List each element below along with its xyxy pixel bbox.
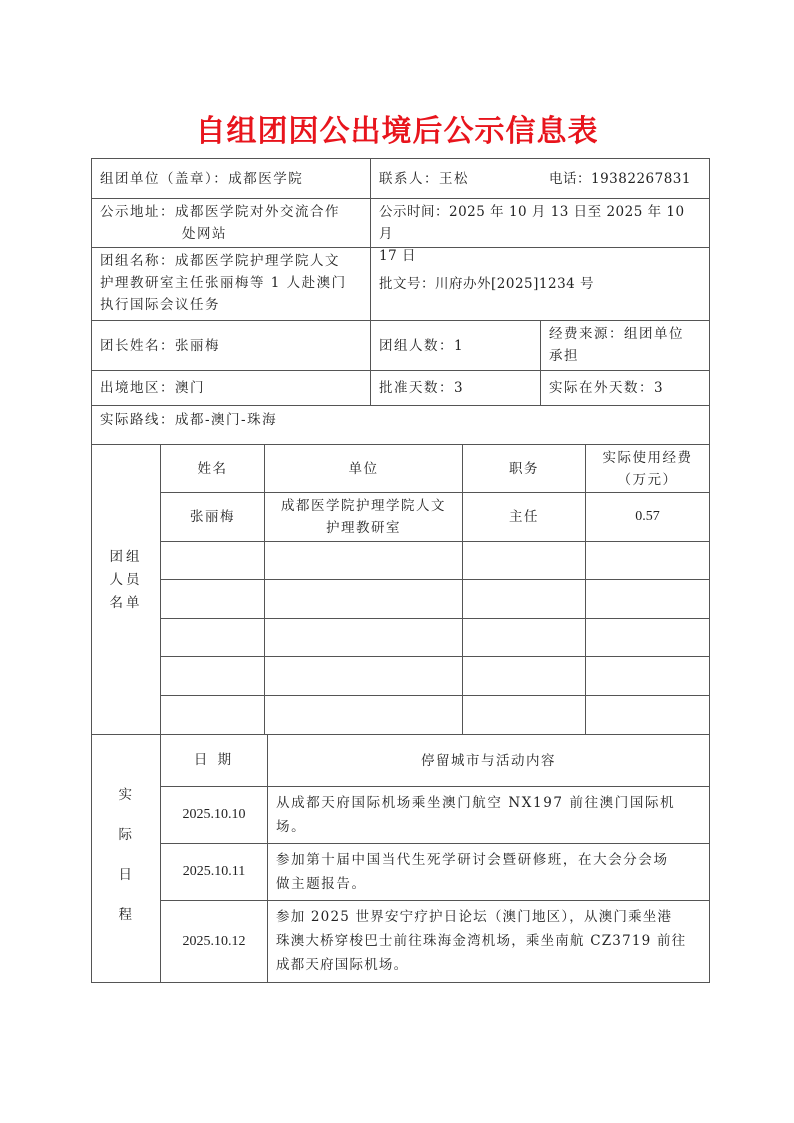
leader-text: 团长姓名：张丽梅 xyxy=(100,334,220,358)
content-line: 成都天府国际机场。 xyxy=(276,953,701,977)
contact-field: 联系人：王松 xyxy=(371,159,541,198)
phone-text: 电话：19382267831 xyxy=(549,167,691,191)
members-header-position: 职务 xyxy=(463,445,585,492)
group-name-line3: 执行国际会议任务 xyxy=(100,294,362,316)
group-name-line1: 团组名称：成都医学院护理学院人文 xyxy=(100,250,362,272)
member-name: 张丽梅 xyxy=(161,493,264,541)
member-unit-line: 成都医学院护理学院人文 xyxy=(281,495,446,517)
group-name-line2: 护理教研室主任张丽梅等 1 人赴澳门 xyxy=(100,272,362,294)
region-field: 出境地区：澳门 xyxy=(92,371,370,405)
funding-field: 经费来源：组团单位 承担 xyxy=(541,321,709,370)
members-label-line: 名单 xyxy=(110,592,143,615)
unit-text: 组团单位（盖章）：成都医学院 xyxy=(100,167,303,191)
route-field: 实际路线：成都-澳门-珠海 xyxy=(92,406,709,444)
member-unit-line: 护理教研室 xyxy=(326,517,401,539)
group-name-field: 团组名称：成都医学院护理学院人文 护理教研室主任张丽梅等 1 人赴澳门 执行国际… xyxy=(92,248,370,320)
members-header-cost: 实际使用经费 （万元） xyxy=(586,445,709,492)
itinerary-label-char: 际 xyxy=(119,815,134,855)
approval-text: 批文号：川府办外[2025]1234 号 xyxy=(379,272,594,296)
itinerary-content: 参加 2025 世界安宁疗护日论坛（澳门地区），从澳门乘坐港 珠澳大桥穿梭巴士前… xyxy=(268,901,709,982)
itinerary-date: 2025.10.10 xyxy=(161,787,267,843)
route-text: 实际路线：成都-澳门-珠海 xyxy=(100,412,277,428)
date-text: 2025.10.10 xyxy=(183,803,246,827)
document-title: 自组团因公出境后公示信息表 xyxy=(0,106,794,150)
header-label: 单位 xyxy=(349,457,379,481)
group-size-text: 团组人数：1 xyxy=(379,334,464,358)
header-label: 实际使用经费 xyxy=(603,447,693,469)
approved-days-field: 批准天数：3 xyxy=(371,371,540,405)
itinerary-label-char: 程 xyxy=(119,895,134,935)
header-label: 职务 xyxy=(509,457,539,481)
header-label: （万元） xyxy=(618,469,678,491)
region-text: 出境地区：澳门 xyxy=(100,376,205,400)
approval-field: 批文号：川府办外[2025]1234 号 xyxy=(371,248,709,320)
members-section-label: 团组 人员 名单 xyxy=(92,445,160,734)
member-position-text: 主任 xyxy=(509,505,539,529)
member-unit: 成都医学院护理学院人文 护理教研室 xyxy=(265,493,462,541)
header-label: 姓名 xyxy=(198,457,228,481)
address-line1: 公示地址：成都医学院对外交流合作 xyxy=(100,201,362,223)
content-line: 场。 xyxy=(276,815,701,839)
members-header-unit: 单位 xyxy=(265,445,462,492)
content-line: 从成都天府国际机场乘坐澳门航空 NX197 前往澳门国际机 xyxy=(276,791,701,815)
members-header-name: 姓名 xyxy=(161,445,264,492)
content-line: 做主题报告。 xyxy=(276,872,701,896)
itinerary-date: 2025.10.12 xyxy=(161,901,267,982)
phone-field: 电话：19382267831 xyxy=(541,159,709,198)
header-label: 停留城市与活动内容 xyxy=(421,749,556,773)
itinerary-date: 2025.10.11 xyxy=(161,844,267,900)
member-cost-text: 0.57 xyxy=(635,505,660,529)
member-cost: 0.57 xyxy=(586,493,709,541)
members-label-line: 人员 xyxy=(110,569,143,592)
content-line: 珠澳大桥穿梭巴士前往珠海金湾机场，乘坐南航 CZ3719 前往 xyxy=(276,929,701,953)
itinerary-label-char: 实 xyxy=(119,775,134,815)
content-line: 参加第十届中国当代生死学研讨会暨研修班，在大会分会场 xyxy=(276,848,701,872)
member-position: 主任 xyxy=(463,493,585,541)
itinerary-header-content: 停留城市与活动内容 xyxy=(268,735,709,786)
actual-days-field: 实际在外天数：3 xyxy=(541,371,709,405)
date-text: 2025.10.12 xyxy=(183,930,246,954)
contact-text: 联系人：王松 xyxy=(379,167,469,191)
content-line: 参加 2025 世界安宁疗护日论坛（澳门地区），从澳门乘坐港 xyxy=(276,905,701,929)
leader-field: 团长姓名：张丽梅 xyxy=(92,321,370,370)
funding-line2: 承担 xyxy=(549,345,701,367)
approved-days-text: 批准天数：3 xyxy=(379,376,464,400)
group-size-field: 团组人数：1 xyxy=(371,321,540,370)
members-label-line: 团组 xyxy=(110,546,143,569)
itinerary-header-date: 日 期 xyxy=(161,735,267,786)
actual-days-text: 实际在外天数：3 xyxy=(549,376,664,400)
itinerary-label-char: 日 xyxy=(119,855,134,895)
address-field: 公示地址：成都医学院对外交流合作 处网站 xyxy=(92,199,370,247)
itinerary-content: 从成都天府国际机场乘坐澳门航空 NX197 前往澳门国际机 场。 xyxy=(268,787,709,843)
date-text: 2025.10.11 xyxy=(183,860,245,884)
itinerary-content: 参加第十届中国当代生死学研讨会暨研修班，在大会分会场 做主题报告。 xyxy=(268,844,709,900)
notice-time-line1: 公示时间：2025 年 10 月 13 日至 2025 年 10 月 xyxy=(379,201,701,245)
unit-field: 组团单位（盖章）：成都医学院 xyxy=(92,159,370,198)
notice-time-field: 公示时间：2025 年 10 月 13 日至 2025 年 10 月 17 日 xyxy=(371,199,709,247)
itinerary-section-label: 实 际 日 程 xyxy=(92,735,160,982)
member-name-text: 张丽梅 xyxy=(190,505,235,529)
header-label: 日 期 xyxy=(194,748,234,772)
address-line2: 处网站 xyxy=(100,223,362,245)
funding-line1: 经费来源：组团单位 xyxy=(549,323,701,345)
